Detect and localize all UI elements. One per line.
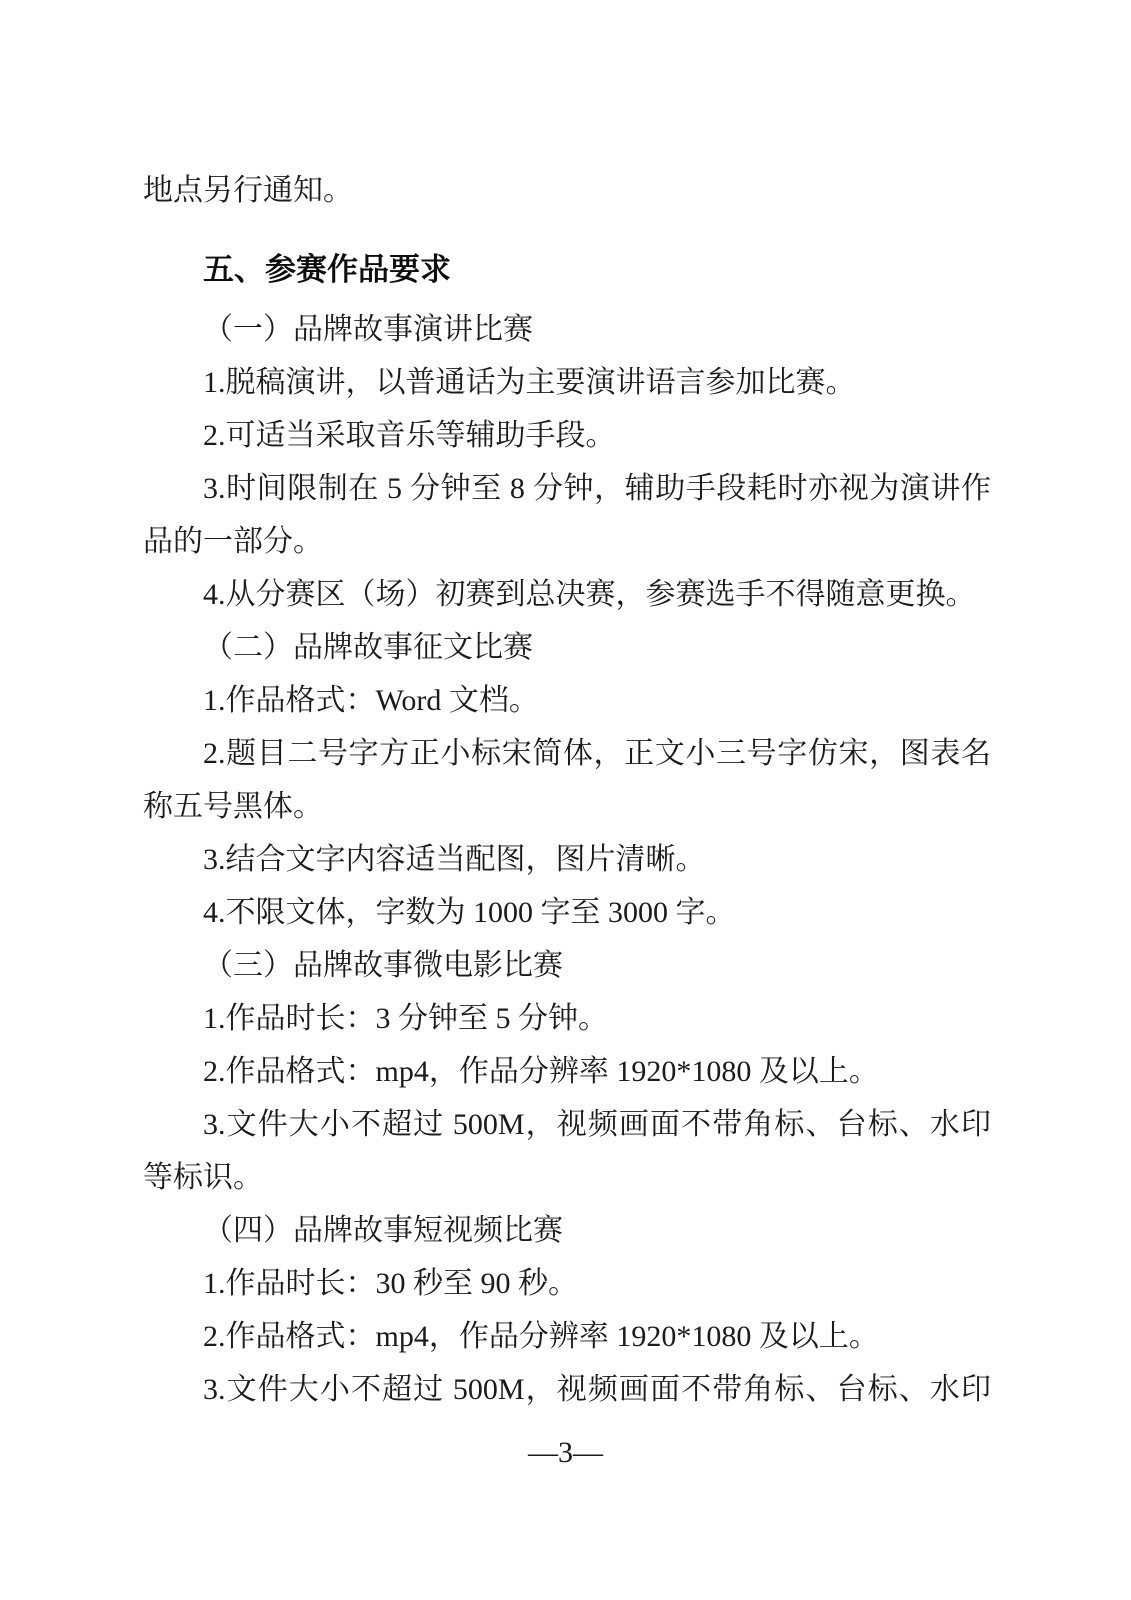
list-item: 2.作品格式：mp4，作品分辨率 1920*1080 及以上。: [143, 1310, 991, 1363]
list-item-truncated: 3.文件大小不超过 500M，视频画面不带角标、台标、水印: [143, 1363, 991, 1416]
list-item: 2.题目二号字方正小标宋简体，正文小三号字仿宋，图表名称五号黑体。: [143, 727, 991, 833]
list-item: 3.结合文字内容适当配图，图片清晰。: [143, 833, 991, 886]
subsection-title-microfilm: （三）品牌故事微电影比赛: [143, 939, 991, 992]
list-item: 2.可适当采取音乐等辅助手段。: [143, 409, 991, 462]
list-item: 3.文件大小不超过 500M，视频画面不带角标、台标、水印等标识。: [143, 1098, 991, 1204]
page-number: —3—: [0, 1426, 1131, 1479]
list-item: 1.作品时长：3 分钟至 5 分钟。: [143, 992, 991, 1045]
list-item: 4.从分赛区（场）初赛到总决赛，参赛选手不得随意更换。: [143, 568, 991, 621]
subsection-title-essay: （二）品牌故事征文比赛: [143, 621, 991, 674]
list-item: 3.时间限制在 5 分钟至 8 分钟，辅助手段耗时亦视为演讲作品的一部分。: [143, 462, 991, 568]
subsection-title-speech: （一）品牌故事演讲比赛: [143, 303, 991, 356]
list-item: 1.脱稿演讲，以普通话为主要演讲语言参加比赛。: [143, 356, 991, 409]
list-item: 4.不限文体，字数为 1000 字至 3000 字。: [143, 886, 991, 939]
document-body: 地点另行通知。 五、参赛作品要求 （一）品牌故事演讲比赛 1.脱稿演讲，以普通话…: [143, 164, 991, 1416]
list-item: 2.作品格式：mp4，作品分辨率 1920*1080 及以上。: [143, 1045, 991, 1098]
document-page: 地点另行通知。 五、参赛作品要求 （一）品牌故事演讲比赛 1.脱稿演讲，以普通话…: [0, 0, 1131, 1600]
paragraph-continuation: 地点另行通知。: [143, 164, 991, 217]
subsection-title-shortvideo: （四）品牌故事短视频比赛: [143, 1204, 991, 1257]
list-item: 1.作品时长：30 秒至 90 秒。: [143, 1257, 991, 1310]
list-item: 1.作品格式：Word 文档。: [143, 674, 991, 727]
main-section-heading: 五、参赛作品要求: [143, 243, 991, 296]
